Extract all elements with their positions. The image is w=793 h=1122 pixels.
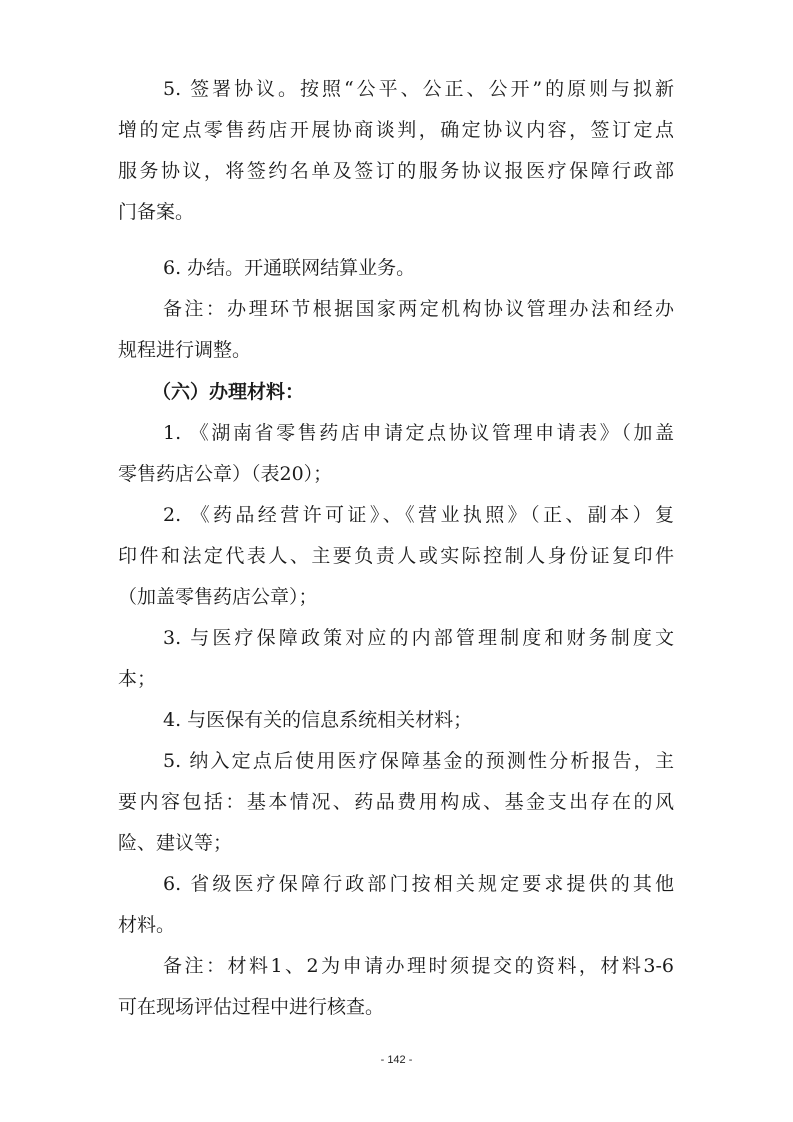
paragraph-line: 6. 办结。开通联网结算业务。 — [163, 253, 674, 283]
paragraph-line: 4. 与医保有关的信息系统相关材料； — [163, 705, 674, 735]
paragraph-line: 材料。 — [118, 910, 674, 940]
note-line: 可在现场评估过程中进行核查。 — [118, 992, 674, 1022]
paragraph-line: 印件和法定代表人、主要负责人或实际控制人身份证复印件 — [118, 541, 674, 571]
paragraph-line: 6. 省级医疗保障行政部门按相关规定要求提供的其他 — [163, 869, 674, 899]
paragraph-line: 1. 《湖南省零售药店申请定点协议管理申请表》（加盖 — [163, 418, 674, 448]
note-line: 规程进行调整。 — [118, 335, 674, 365]
note-line: 备注：办理环节根据国家两定机构协议管理办法和经办 — [163, 294, 674, 324]
paragraph-line: 增的定点零售药店开展协商谈判，确定协议内容，签订定点 — [118, 115, 674, 145]
paragraph-line: 3. 与医疗保障政策对应的内部管理制度和财务制度文 — [163, 623, 674, 653]
page-number: - 142 - — [0, 1054, 793, 1066]
paragraph-line: 零售药店公章）（表20）； — [118, 459, 674, 489]
section-heading: （六）办理材料： — [152, 377, 708, 407]
paragraph-line: 门备案。 — [118, 197, 674, 227]
paragraph-line: 要内容包括：基本情况、药品费用构成、基金支出存在的风 — [118, 787, 674, 817]
paragraph-line: 2. 《药品经营许可证》、《营业执照》（正、副本）复 — [163, 500, 674, 530]
note-line: 备注：材料1、2为申请办理时须提交的资料，材料3-6 — [163, 951, 674, 981]
paragraph-line: 服务协议，将签约名单及签订的服务协议报医疗保障行政部 — [118, 156, 674, 186]
paragraph-line: （加盖零售药店公章）； — [118, 582, 674, 612]
paragraph-line: 5. 签署协议。按照“公平、公正、公开”的原则与拟新 — [163, 74, 674, 104]
paragraph-line: 5. 纳入定点后使用医疗保障基金的预测性分析报告，主 — [163, 746, 674, 776]
paragraph-line: 本； — [118, 664, 674, 694]
paragraph-line: 险、建议等； — [118, 828, 674, 858]
document-page: 5. 签署协议。按照“公平、公正、公开”的原则与拟新 增的定点零售药店开展协商谈… — [0, 0, 793, 1122]
